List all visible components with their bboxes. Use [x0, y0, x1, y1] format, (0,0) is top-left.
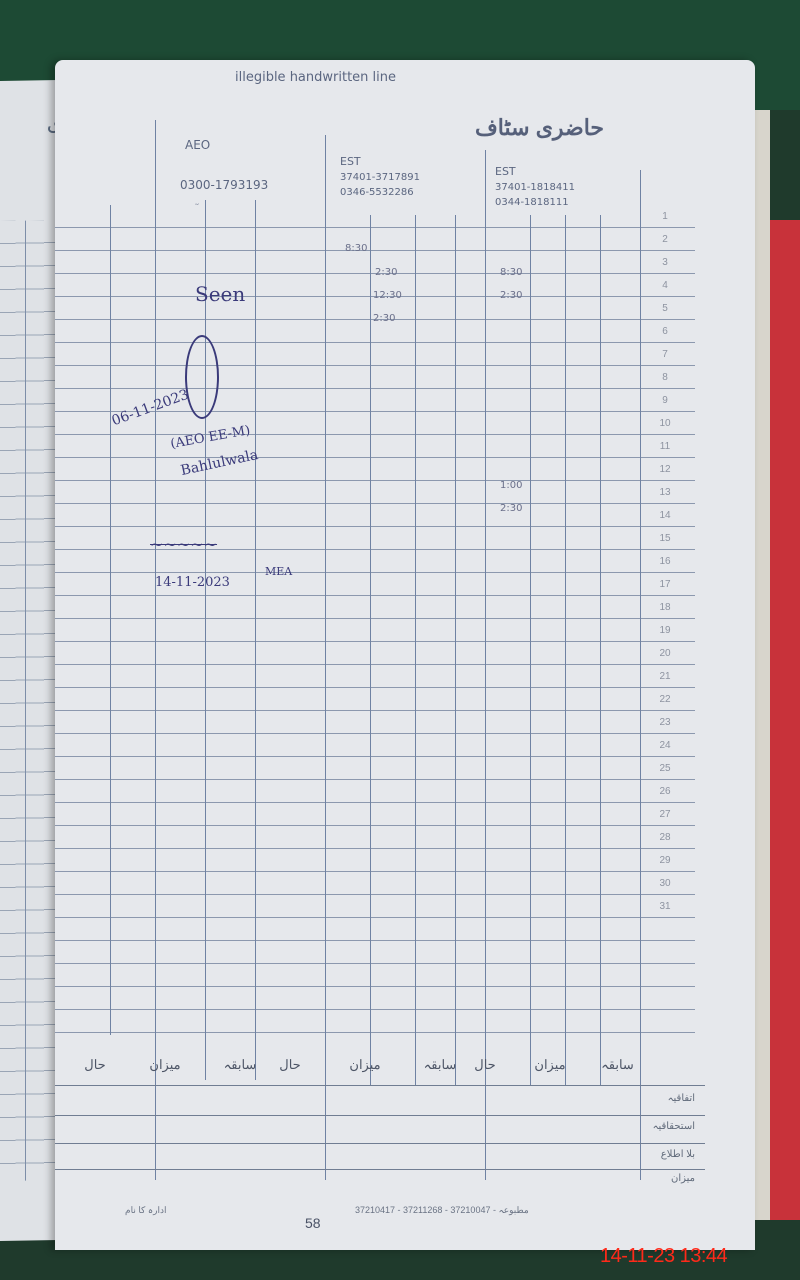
footer-left-text: ادارہ کا نام — [125, 1205, 166, 1216]
summary-row-label: استحقاقیہ — [653, 1121, 695, 1132]
cnic-number: 37401-1818411 — [495, 182, 575, 193]
printed-register-title: حاضری سٹاف — [475, 115, 604, 141]
section-label-aeo: AEO — [185, 138, 210, 152]
summary-header: میزان — [115, 1045, 215, 1085]
phone-number: 0300-1793193 — [180, 178, 268, 192]
page-number: 58 — [305, 1215, 321, 1231]
summary-header: میزان — [315, 1045, 415, 1085]
grid-column-line — [370, 215, 371, 1085]
day-number: 13 — [640, 481, 690, 504]
day-number: 28 — [640, 826, 690, 849]
attendance-time-entry: 2:30 — [373, 313, 395, 324]
day-number: 8 — [640, 366, 690, 389]
second-signature-note: MEA — [265, 565, 292, 578]
summary-divider — [55, 1143, 705, 1144]
day-number: 6 — [640, 320, 690, 343]
grid-column-line — [255, 200, 256, 1080]
grid-column-line — [455, 215, 456, 1085]
day-number: 7 — [640, 343, 690, 366]
day-number: 2 — [640, 228, 690, 251]
grid-column-line — [415, 215, 416, 1085]
day-number: 30 — [640, 872, 690, 895]
day-number: 10 — [640, 412, 690, 435]
summary-table: حال میزان سابقہ حال میزان سابقہ حال میزا… — [55, 1045, 705, 1175]
day-number: 1 — [640, 205, 690, 228]
day-number: 23 — [640, 711, 690, 734]
day-number: 15 — [640, 527, 690, 550]
summary-divider — [55, 1085, 705, 1086]
grid-column-line — [325, 135, 326, 1180]
day-number: 27 — [640, 803, 690, 826]
summary-header: سابقہ — [595, 1045, 640, 1085]
day-number: 24 — [640, 734, 690, 757]
attendance-time-entry: 1:00 — [500, 480, 522, 491]
phone-number: 0346-5532286 — [340, 187, 414, 198]
attendance-time-entry: 8:30 — [500, 267, 522, 278]
attendance-time-entry: 12:30 — [373, 290, 402, 301]
grid-column-line — [485, 150, 486, 1180]
day-number: 4 — [640, 274, 690, 297]
summary-header: حال — [465, 1045, 505, 1085]
day-number: 29 — [640, 849, 690, 872]
summary-header: حال — [75, 1045, 115, 1085]
summary-header: سابقہ — [215, 1045, 265, 1085]
summary-row-label: میزان — [671, 1173, 695, 1184]
day-number: 22 — [640, 688, 690, 711]
summary-row-label: بلا اطلاع — [661, 1149, 695, 1160]
summary-divider — [55, 1169, 705, 1170]
day-number-column: 1 2 3 4 5 6 7 8 9 10 11 12 13 14 15 16 1… — [640, 205, 690, 918]
day-number: 25 — [640, 757, 690, 780]
second-signature-date: 14-11-2023 — [155, 575, 230, 590]
photo-timestamp: 14-11-23 13:44 — [600, 1245, 727, 1268]
section-label-est: EST — [495, 165, 516, 178]
day-number: 18 — [640, 596, 690, 619]
day-number: 3 — [640, 251, 690, 274]
grid-column-line — [155, 120, 156, 1180]
seen-annotation: Seen — [195, 282, 245, 306]
day-number: 12 — [640, 458, 690, 481]
grid-column-line — [530, 215, 531, 1085]
signature-stroke — [185, 335, 219, 419]
day-number: 11 — [640, 435, 690, 458]
grid-column-line — [565, 215, 566, 1085]
summary-header: سابقہ — [415, 1045, 465, 1085]
left-page-column-line — [25, 221, 26, 1181]
day-number: 31 — [640, 895, 690, 918]
cnic-number: 37401-3717891 — [340, 172, 420, 183]
day-number: 14 — [640, 504, 690, 527]
section-label-est: EST — [340, 155, 361, 168]
day-number: 20 — [640, 642, 690, 665]
grid-column-line — [110, 205, 111, 1035]
day-number: 5 — [640, 297, 690, 320]
summary-header: حال — [265, 1045, 315, 1085]
day-number: 9 — [640, 389, 690, 412]
attendance-grid — [55, 205, 695, 1035]
printer-info: 37210417 - 37211268 - 37210047 - مطبوعہ — [355, 1205, 529, 1216]
day-number: 19 — [640, 619, 690, 642]
register-header: illegible handwritten line حاضری سٹاف — [175, 70, 755, 180]
red-book-cover-edge — [770, 220, 800, 1220]
header-handwriting: illegible handwritten line — [235, 70, 396, 85]
day-number: 21 — [640, 665, 690, 688]
summary-row-label: اتفاقیہ — [668, 1093, 695, 1104]
day-number: 17 — [640, 573, 690, 596]
grid-column-line — [600, 215, 601, 1085]
second-signature-stroke: ~~~~~ — [150, 535, 217, 554]
register-page: illegible handwritten line حاضری سٹاف AE… — [55, 60, 755, 1250]
summary-divider — [55, 1115, 705, 1116]
attendance-time-entry: 8:30 — [345, 243, 367, 254]
attendance-time-entry: 2:30 — [500, 290, 522, 301]
day-number: 16 — [640, 550, 690, 573]
attendance-time-entry: 2:30 — [500, 503, 522, 514]
attendance-time-entry: 2:30 — [375, 267, 397, 278]
grid-column-line — [205, 200, 206, 1080]
day-number: 26 — [640, 780, 690, 803]
summary-header: میزان — [505, 1045, 595, 1085]
